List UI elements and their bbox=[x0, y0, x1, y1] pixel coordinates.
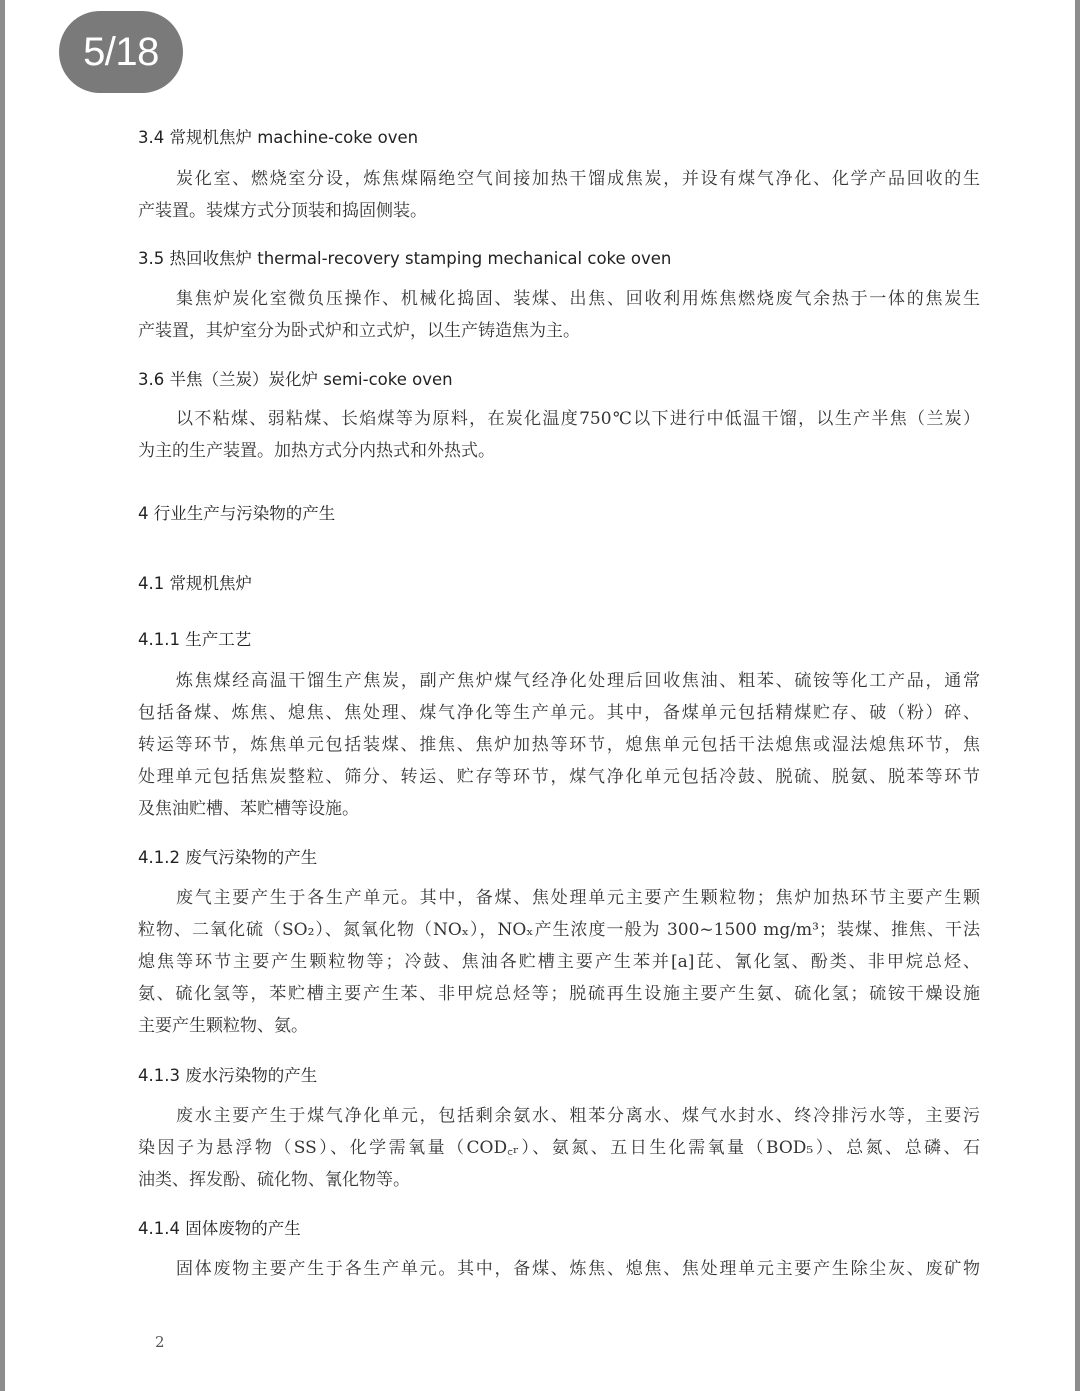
page-number: 2 bbox=[155, 1333, 165, 1351]
section-heading-3-6: 3.6 半焦（兰炭）炭化炉 semi-coke oven bbox=[138, 366, 453, 390]
section-body-3-4: 炭化室、燃烧室分设，炼焦煤隔绝空气间接加热干馏成焦炭，并设有煤气净化、化学产品回… bbox=[138, 163, 980, 227]
text-line: 集焦炉炭化室微负压操作、机械化捣固、装煤、出焦、回收利用炼焦燃烧废气余热于一体的… bbox=[138, 283, 980, 315]
text-line: 氨、硫化氢等，苯贮槽主要产生苯、非甲烷总烃等；脱硫再生设施主要产生氨、硫化氢；硫… bbox=[138, 978, 980, 1010]
text-line: 炭化室、燃烧室分设，炼焦煤隔绝空气间接加热干馏成焦炭，并设有煤气净化、化学产品回… bbox=[138, 163, 980, 195]
text-line: 转运等环节，炼焦单元包括装煤、推焦、焦炉加热等环节，熄焦单元包括干法熄焦或湿法熄… bbox=[138, 729, 980, 761]
text-line: 处理单元包括焦炭整粒、筛分、转运、贮存等环节，煤气净化单元包括冷鼓、脱硫、脱氨、… bbox=[138, 761, 980, 793]
text-line: 染因子为悬浮物（SS）、化学需氧量（COD꜀ᵣ）、氨氮、五日生化需氧量（BOD₅… bbox=[138, 1132, 980, 1164]
text-line: 熄焦等环节主要产生颗粒物等；冷鼓、焦油各贮槽主要产生苯并[a]芘、氰化氢、酚类、… bbox=[138, 946, 980, 978]
text-line: 为主的生产装置。加热方式分内热式和外热式。 bbox=[138, 435, 980, 467]
text-line: 炼焦煤经高温干馏生产焦炭，副产焦炉煤气经净化处理后回收焦油、粗苯、硫铵等化工产品… bbox=[138, 665, 980, 697]
section-heading-4: 4 行业生产与污染物的产生 bbox=[138, 500, 335, 524]
section-heading-4-1-4: 4.1.4 固体废物的产生 bbox=[138, 1215, 301, 1239]
section-body-4-1-3: 废水主要产生于煤气净化单元，包括剩余氨水、粗苯分离水、煤气水封水、终冷排污水等，… bbox=[138, 1100, 980, 1196]
section-heading-4-1-1: 4.1.1 生产工艺 bbox=[138, 626, 251, 650]
text-line: 以不粘煤、弱粘煤、长焰煤等为原料，在炭化温度750℃以下进行中低温干馏，以生产半… bbox=[138, 403, 980, 435]
text-line: 包括备煤、炼焦、熄焦、焦处理、煤气净化等生产单元。其中，备煤单元包括精煤贮存、破… bbox=[138, 697, 980, 729]
document-page: 5/18 3.4 常规机焦炉 machine-coke oven 炭化室、燃烧室… bbox=[5, 0, 1075, 1391]
text-line: 废气主要产生于各生产单元。其中，备煤、焦处理单元主要产生颗粒物；焦炉加热环节主要… bbox=[138, 882, 980, 914]
section-heading-4-1-3: 4.1.3 废水污染物的产生 bbox=[138, 1062, 317, 1086]
page-indicator-badge: 5/18 bbox=[59, 11, 183, 93]
section-heading-4-1: 4.1 常规机焦炉 bbox=[138, 570, 252, 594]
section-body-3-6: 以不粘煤、弱粘煤、长焰煤等为原料，在炭化温度750℃以下进行中低温干馏，以生产半… bbox=[138, 403, 980, 467]
section-body-4-1-4: 固体废物主要产生于各生产单元。其中，备煤、炼焦、熄焦、焦处理单元主要产生除尘灰、… bbox=[138, 1253, 980, 1285]
section-body-4-1-1: 炼焦煤经高温干馏生产焦炭，副产焦炉煤气经净化处理后回收焦油、粗苯、硫铵等化工产品… bbox=[138, 665, 980, 825]
text-line: 废水主要产生于煤气净化单元，包括剩余氨水、粗苯分离水、煤气水封水、终冷排污水等，… bbox=[138, 1100, 980, 1132]
section-heading-3-5: 3.5 热回收焦炉 thermal-recovery stamping mech… bbox=[138, 245, 671, 269]
text-line: 固体废物主要产生于各生产单元。其中，备煤、炼焦、熄焦、焦处理单元主要产生除尘灰、… bbox=[138, 1253, 980, 1285]
text-line: 及焦油贮槽、苯贮槽等设施。 bbox=[138, 793, 980, 825]
section-heading-3-4: 3.4 常规机焦炉 machine-coke oven bbox=[138, 124, 418, 148]
section-body-4-1-2: 废气主要产生于各生产单元。其中，备煤、焦处理单元主要产生颗粒物；焦炉加热环节主要… bbox=[138, 882, 980, 1042]
text-line: 粒物、二氧化硫（SO₂）、氮氧化物（NOₓ），NOₓ产生浓度一般为 300~15… bbox=[138, 914, 980, 946]
text-line: 油类、挥发酚、硫化物、氰化物等。 bbox=[138, 1164, 980, 1196]
section-heading-4-1-2: 4.1.2 废气污染物的产生 bbox=[138, 844, 317, 868]
text-line: 产装置，其炉室分为卧式炉和立式炉，以生产铸造焦为主。 bbox=[138, 315, 980, 347]
text-line: 产装置。装煤方式分顶装和捣固侧装。 bbox=[138, 195, 980, 227]
text-line: 主要产生颗粒物、氨。 bbox=[138, 1010, 980, 1042]
section-body-3-5: 集焦炉炭化室微负压操作、机械化捣固、装煤、出焦、回收利用炼焦燃烧废气余热于一体的… bbox=[138, 283, 980, 347]
